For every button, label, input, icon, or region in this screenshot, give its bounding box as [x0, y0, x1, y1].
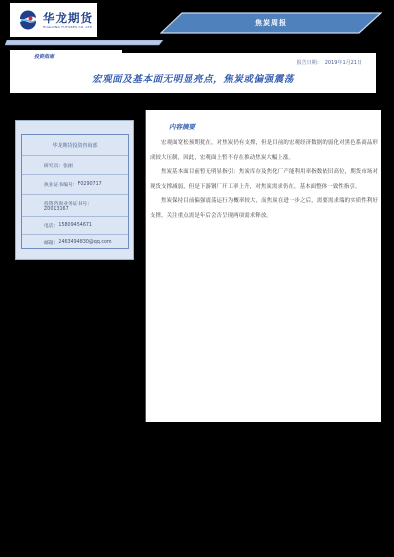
report-date: 报告日期： 2019年1月21日: [297, 59, 362, 66]
info-row-license: 执业证书编号： F0290717: [22, 175, 128, 195]
report-date-label: 报告日期：: [297, 59, 322, 66]
info-value: Z0013167: [44, 207, 69, 212]
info-value: 15809454671: [58, 223, 92, 228]
summary-body: 宏观面宽松预期犹在，对焦炭仍有支撑，但是目前的宏观经济数据的弱化对黑色系商品形成…: [150, 136, 378, 223]
summary-panel: 内容摘要 宏观面宽松预期犹在，对焦炭仍有支撑，但是目前的宏观经济数据的弱化对黑色…: [145, 110, 381, 422]
analyst-info-table: 华龙期货投资咨询部 研究员： 张丽 执业证书编号： F0290717 投资咨询业…: [21, 134, 129, 249]
info-label: 邮箱：: [44, 239, 58, 246]
section-label: 投资指南: [34, 53, 54, 60]
company-name-en: HUALONG FUTURES CO.,LTD: [43, 25, 93, 29]
info-row-phone: 电话： 15809454671: [22, 217, 128, 235]
header-underline-bar: [5, 40, 165, 46]
info-row-consulting-cert: 投资咨询业务证书号： Z0013167: [22, 195, 128, 217]
company-logo: 华龙期货 HUALONG FUTURES CO.,LTD: [10, 3, 97, 37]
summary-paragraph: 宏观面宽松预期犹在，对焦炭仍有支撑，但是目前的宏观经济数据的弱化对黑色系商品形成…: [150, 136, 378, 165]
info-row-researcher: 研究员： 张丽: [22, 156, 128, 175]
info-value: 2463494830@qq.com: [58, 240, 111, 245]
report-type-banner: 焦炭周报: [160, 12, 382, 34]
info-label: 电话：: [44, 222, 58, 229]
info-row-email: 邮箱： 2463494830@qq.com: [22, 235, 128, 249]
info-label: 研究员：: [44, 162, 63, 169]
info-panel-title: 华龙期货投资咨询部: [22, 135, 128, 156]
banner-label: 焦炭周报: [160, 12, 382, 34]
analyst-info-panel: 华龙期货投资咨询部 研究员： 张丽 执业证书编号： F0290717 投资咨询业…: [15, 120, 134, 260]
summary-paragraph: 焦炭保持目前偏强震荡运行为概率较大，而焦炭在进一步之后，需要需求端的实质性利好支…: [150, 194, 378, 223]
info-label: 投资咨询业务证书号：: [44, 200, 92, 207]
info-value: F0290717: [78, 182, 102, 187]
info-value: 张丽: [63, 162, 73, 169]
info-label: 执业证书编号：: [44, 181, 78, 188]
company-name-cn: 华龙期货: [43, 12, 93, 25]
document-title: 宏观面及基本面无明显亮点，焦炭或偏强震荡: [10, 71, 376, 85]
report-date-value: 2019年1月21日: [325, 59, 362, 66]
summary-heading: 内容摘要: [169, 122, 195, 131]
company-logo-wave-icon: [18, 10, 38, 30]
summary-paragraph: 焦炭基本面目前暂无明显指引：焦炭库存及焦化厂产能利用率指数依旧高位，期货市场对现…: [150, 165, 378, 194]
